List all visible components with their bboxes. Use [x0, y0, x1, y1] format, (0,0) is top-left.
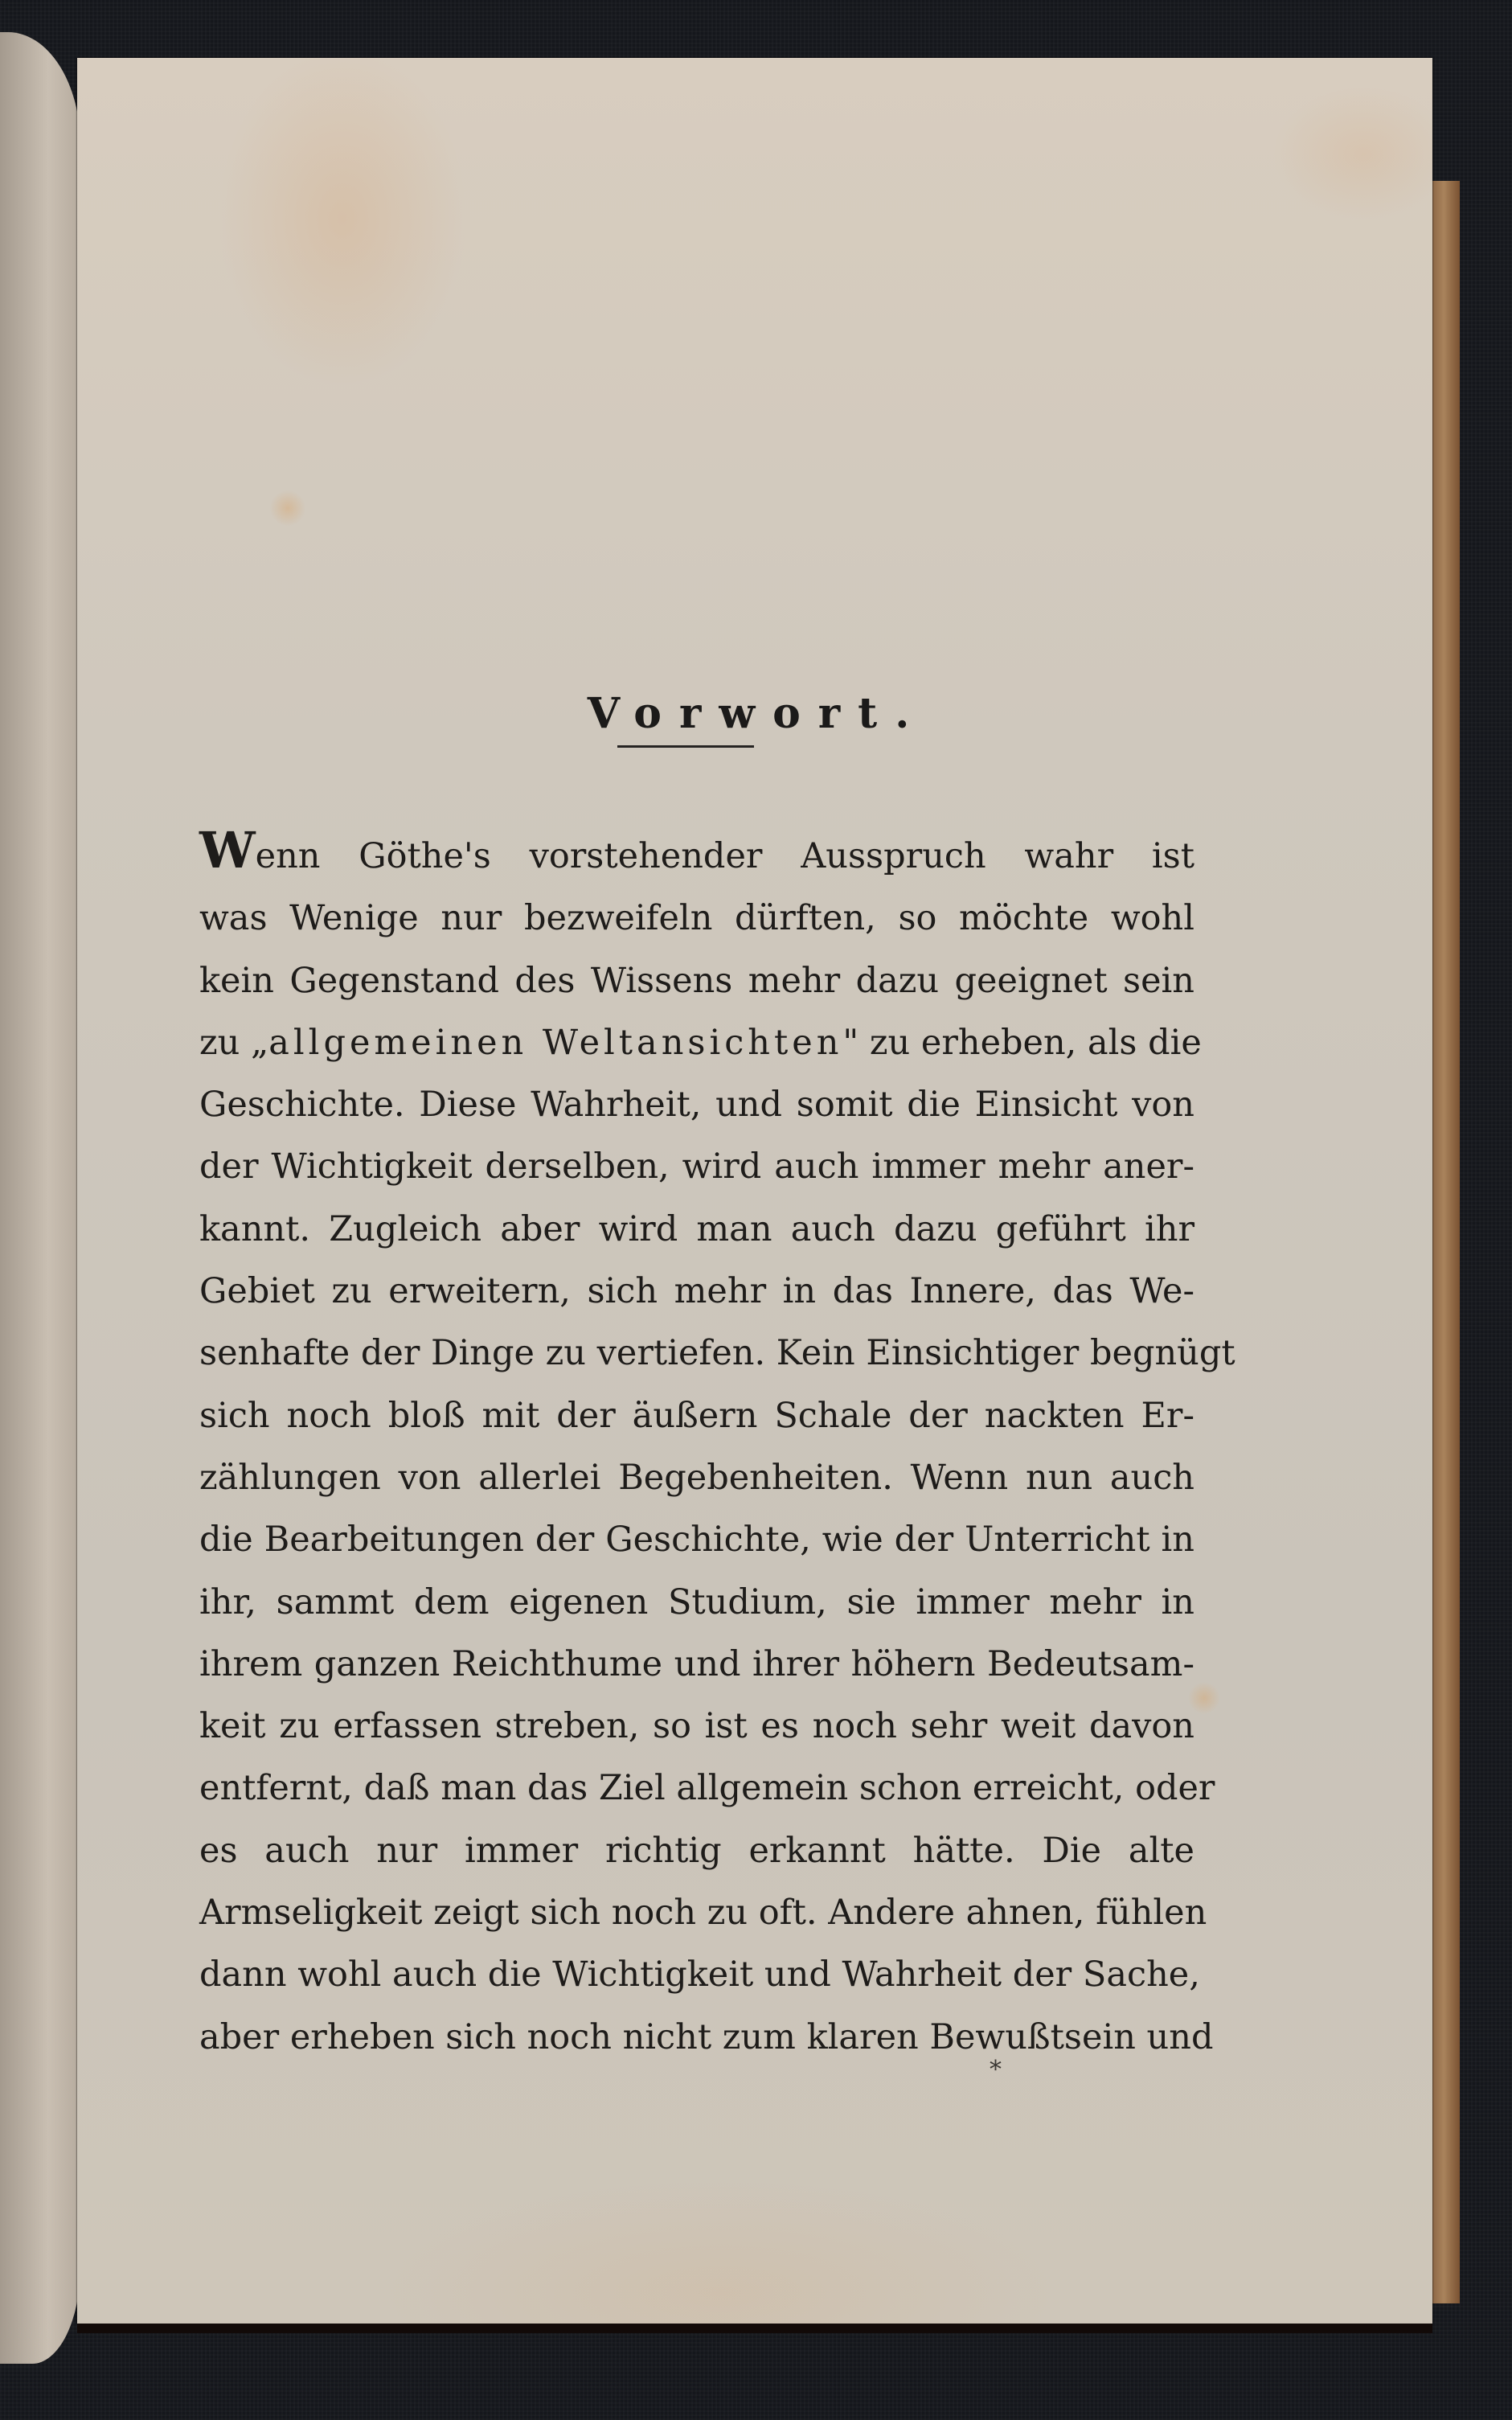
text-line: was Wenige nur bezweifeln dürften, so mö…	[199, 888, 1194, 950]
emphasized-phrase: allgemeinen Weltansichten	[268, 1023, 842, 1063]
text-line: zu „allgemeinen Weltansichten" zu erhebe…	[199, 1012, 1194, 1074]
page-heading: Vorwort.	[82, 689, 1432, 738]
drop-cap: W	[199, 821, 256, 880]
previous-page-edge	[0, 32, 80, 2364]
text-line: dann wohl auch die Wichtigkeit und Wahrh…	[199, 1944, 1194, 2006]
text-line: kein Gegenstand des Wissens mehr dazu ge…	[199, 950, 1194, 1012]
book-edge	[1431, 181, 1460, 2303]
book-page: Vorwort. Wenn Göthe's vorstehender Aussp…	[77, 58, 1432, 2324]
heading-rule	[617, 745, 754, 748]
body-text: Wenn Göthe's vorstehender Ausspruch wahr…	[199, 826, 1194, 2069]
text-line: entfernt, daß man das Ziel allgemein sch…	[199, 1758, 1194, 1819]
text-line: Geschichte. Diese Wahrheit, und somit di…	[199, 1074, 1194, 1136]
text-line: sich noch bloß mit der äußern Schale der…	[199, 1385, 1194, 1447]
text-line: die Bearbeitungen der Geschichte, wie de…	[199, 1509, 1194, 1571]
text-line: ihrem ganzen Reichthume und ihrer höhern…	[199, 1634, 1194, 1696]
text-line: Armseligkeit zeigt sich noch zu oft. And…	[199, 1882, 1194, 1944]
text-line: der Wichtigkeit derselben, wird auch imm…	[199, 1136, 1194, 1198]
text-line: keit zu erfassen streben, so ist es noch…	[199, 1696, 1194, 1758]
text-line: aber erheben sich noch nicht zum klaren …	[199, 2007, 1194, 2069]
text-line: senhafte der Dinge zu vertiefen. Kein Ei…	[199, 1323, 1194, 1384]
text-line: zählungen von allerlei Begebenheiten. We…	[199, 1447, 1194, 1509]
text-line: kannt. Zugleich aber wird man auch dazu …	[199, 1199, 1194, 1261]
text-line: Wenn Göthe's vorstehender Ausspruch wahr…	[199, 826, 1194, 888]
text-line: ihr, sammt dem eigenen Studium, sie imme…	[199, 1572, 1194, 1634]
text-line: Gebiet zu erweitern, sich mehr in das In…	[199, 1261, 1194, 1323]
text-line: es auch nur immer richtig erkannt hätte.…	[199, 1820, 1194, 1882]
signature-mark: *	[990, 2056, 1002, 2084]
